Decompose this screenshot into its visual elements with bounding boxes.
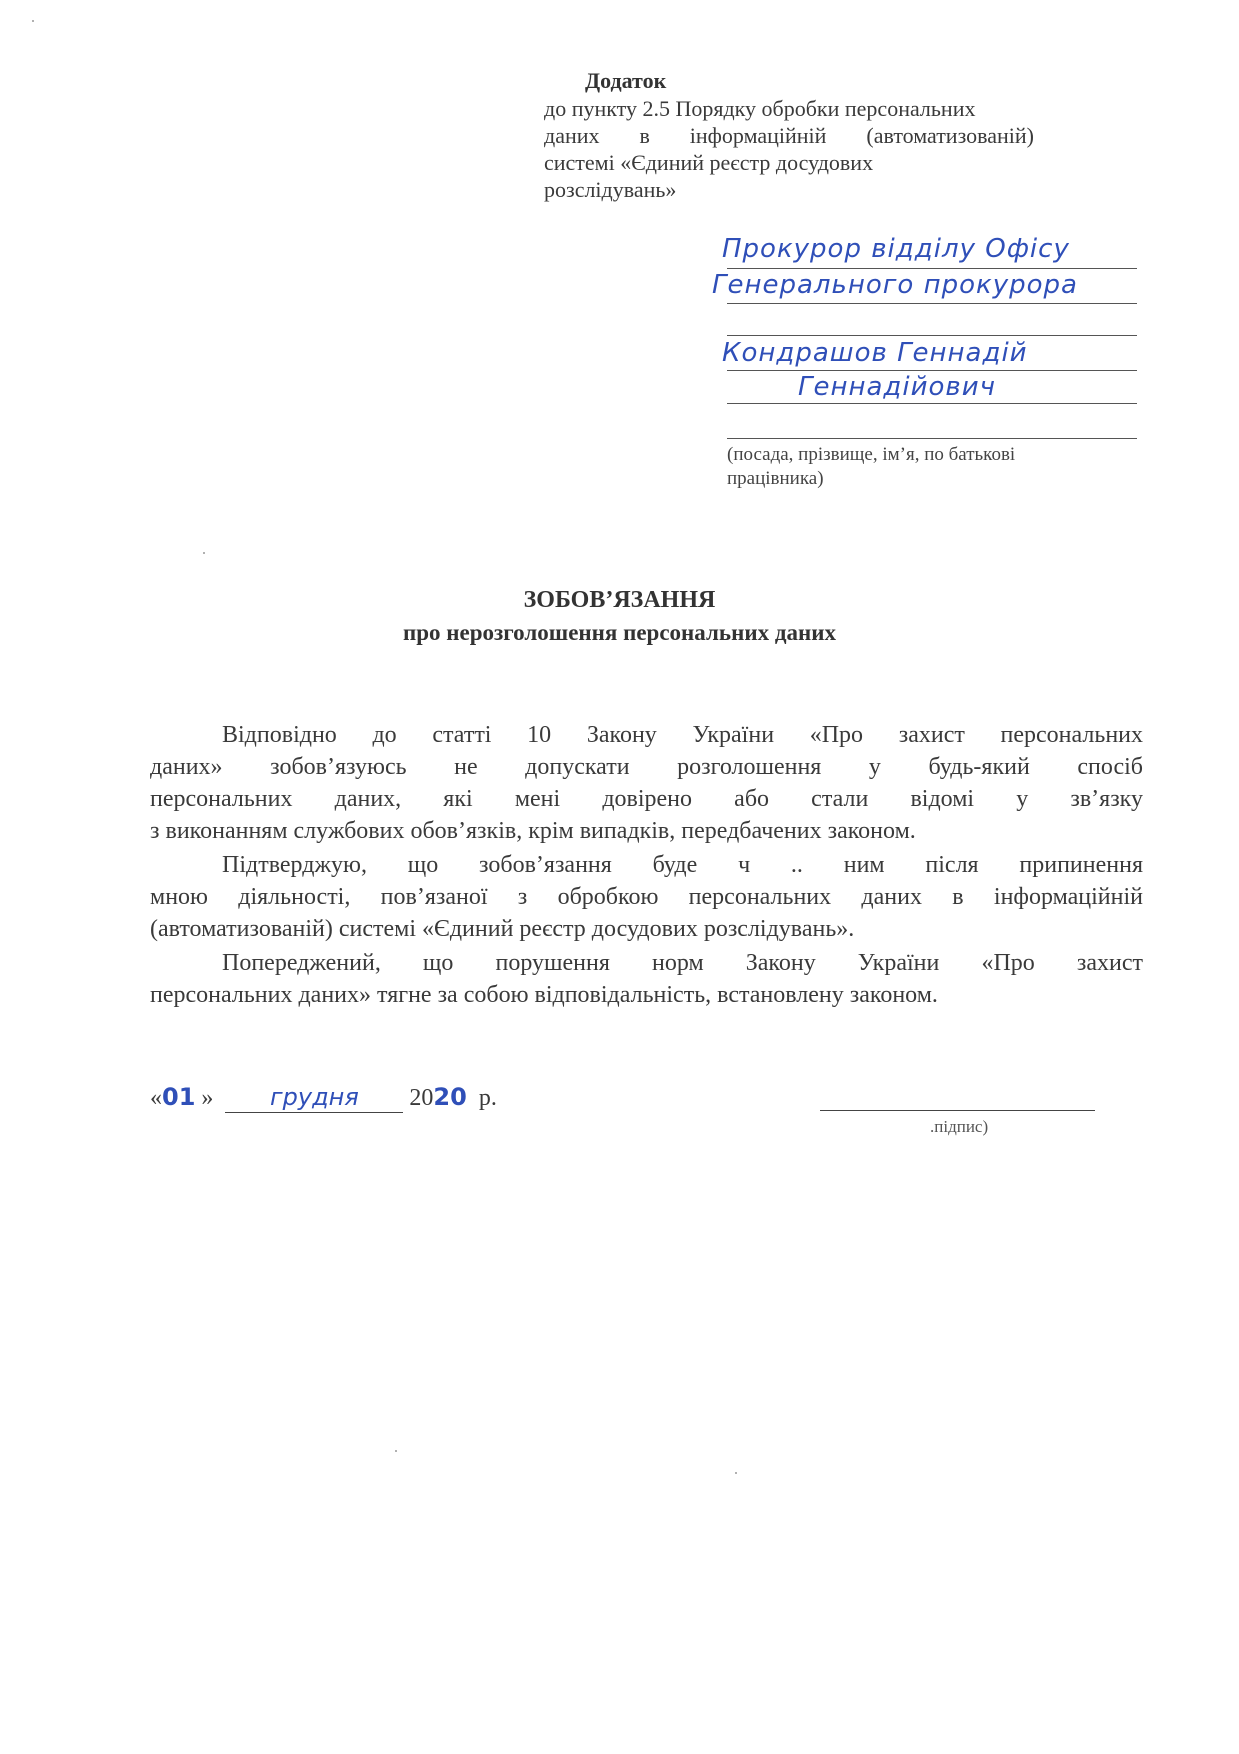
form-line xyxy=(727,403,1137,404)
employee-caption-line-1: (посада, прізвище, ім’я, по батькові xyxy=(727,444,1015,466)
handwritten-position-line-1: Прокурор відділу Офісу xyxy=(722,234,1070,264)
paragraph-line: Підтверджую, що зобов’язання буде ч .. н… xyxy=(222,852,1143,879)
date-year-prefix: 20 xyxy=(409,1085,433,1111)
appendix-line-1: до пункту 2.5 Порядку обробки персональн… xyxy=(544,96,975,122)
date-month-field: грудня xyxy=(225,1083,403,1113)
appendix-title: Додаток xyxy=(585,68,666,94)
appendix-line-2-word: інформаційній xyxy=(690,123,827,149)
appendix-line-2-word: (автоматизованій) xyxy=(866,123,1034,149)
date-year-suffix: 20 xyxy=(433,1083,466,1111)
date-row: «01 » грудня2020 р. xyxy=(150,1083,497,1113)
handwritten-name-line-1: Кондрашов Геннадій xyxy=(722,338,1028,368)
handwritten-name-line-2: Геннадійович xyxy=(798,372,996,402)
paragraph-line: з виконанням службових обов’язків, крім … xyxy=(150,818,1143,845)
appendix-line-2: даних в інформаційній (автоматизованій) xyxy=(544,123,1034,149)
signature-line xyxy=(820,1110,1095,1111)
employee-caption-line-2: працівника) xyxy=(727,468,824,490)
paragraph-line: даних» зобов’язуюсь не допускати розголо… xyxy=(150,754,1143,781)
paragraph-line: Відповідно до статті 10 Закону України «… xyxy=(222,722,1143,749)
scan-speck xyxy=(32,20,34,22)
paragraph-line: Попереджений, що порушення норм Закону У… xyxy=(222,950,1143,977)
paragraph-line: (автоматизованій) системі «Єдиний реєстр… xyxy=(150,916,1143,943)
paragraph-line: персональних даних, які мені довірено аб… xyxy=(150,786,1143,813)
scan-speck xyxy=(203,552,205,554)
form-line xyxy=(727,335,1137,336)
document-title: ЗОБОВ’ЯЗАННЯ xyxy=(0,587,1239,614)
form-line xyxy=(727,268,1137,269)
date-year-unit: р. xyxy=(479,1085,497,1111)
scan-speck xyxy=(735,1472,737,1474)
appendix-line-4: розслідувань» xyxy=(544,177,676,203)
date-open-quote: « xyxy=(150,1085,162,1111)
form-line xyxy=(727,303,1137,304)
date-day: 01 xyxy=(162,1083,195,1111)
paragraph-line: персональних даних» тягне за собою відпо… xyxy=(150,982,1143,1009)
scan-speck xyxy=(395,1450,397,1452)
date-month: грудня xyxy=(270,1083,359,1111)
paragraph-line: мною діяльності, пов’язаної з обробкою п… xyxy=(150,884,1143,911)
signature-caption: .підпис) xyxy=(930,1117,988,1137)
form-line xyxy=(727,438,1137,439)
appendix-line-3: системі «Єдиний реєстр досудових xyxy=(544,150,873,176)
handwritten-position-line-2: Генерального прокурора xyxy=(712,270,1078,300)
form-line xyxy=(727,370,1137,371)
date-close-quote: » xyxy=(201,1085,213,1111)
appendix-line-2-word: в xyxy=(639,123,649,149)
document-subtitle: про нерозголошення персональних даних xyxy=(0,620,1239,646)
appendix-line-2-word: даних xyxy=(544,123,600,149)
